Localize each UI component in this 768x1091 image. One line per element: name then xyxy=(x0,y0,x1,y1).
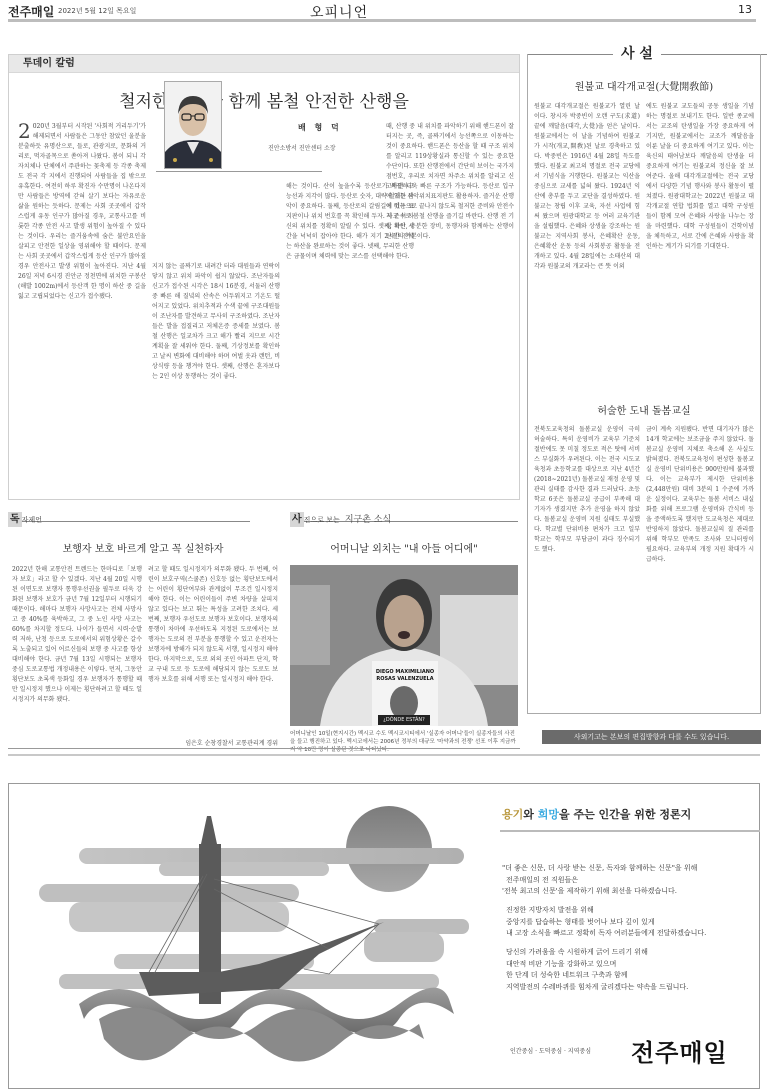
newspaper-brand: 전주매일 xyxy=(8,3,54,20)
divider xyxy=(500,830,760,832)
news-photo: DIEGO MAXIMILIANO ROSAS VALENZUELA ¿DÓND… xyxy=(290,565,518,726)
world-news-section-tag: 사진으로 보는 지구촌 소식 xyxy=(290,507,518,522)
world-news-title: 어머니날 외치는 "내 아들 어디에" xyxy=(290,540,518,555)
drop-cap: 2 xyxy=(18,122,31,140)
today-column-text-1: 2 020년 3월부터 시작된 '사회적 거리두기'가 해제되면서 사람들은 그… xyxy=(18,122,146,494)
photo-caption: 어머니날인 10일(현지시간) 멕시코 수도 멕시코시티에서 '실종자 어머니'… xyxy=(290,730,518,754)
disclaimer-banner: 사외기고는 본보의 편집방향과 다를 수도 있습니다. xyxy=(542,730,761,744)
ad-paragraph-2: 진정한 지방자치 발전을 위해 중앙지를 답습하는 형태를 벗어나 보다 깊이 … xyxy=(502,905,706,940)
author-portrait xyxy=(164,81,222,169)
issue-date: 2022년 5월 12일 목요일 xyxy=(58,6,136,16)
editorial-1-text-1: 원불교 대각개교절은 원불교가 열린 날이다. 창시자 박중빈이 오랜 구도(求… xyxy=(534,102,640,337)
editorial-2-text-2: 금이 계속 지원됐다. 반면 대기자가 많은 14개 학교에는 보조금을 주지 … xyxy=(646,425,754,710)
divider xyxy=(8,748,520,749)
page-header: 전주매일 2022년 5월 12일 목요일 오피니언 13 xyxy=(8,0,756,22)
reader-author: 임은호 순창경찰서 교통관리계 경위 xyxy=(150,738,278,747)
reader-text-2: 려고 할 때도 일시정지가 의무화 됐다. 두 번째, 어린이 보호구역(스쿨존… xyxy=(148,565,278,737)
author-role: 진안소방서 진안센터 소장 xyxy=(268,143,336,152)
portrait-illustration xyxy=(165,82,221,168)
protest-photo-illustration xyxy=(290,565,518,726)
editorial-title-1: 원불교 대각개교절(大覺開敎節) xyxy=(527,78,761,93)
ad-motto: 인간중심 · 도덕중심 · 지역중심 xyxy=(510,1046,591,1055)
protest-sign-text: DIEGO MAXIMILIANO ROSAS VALENZUELA xyxy=(372,669,438,683)
ship-illustration xyxy=(29,804,499,1064)
ad-paragraph-1: "더 좋은 신문, 더 사랑 받는 신문, 독자와 함께하는 신문"을 위해 전… xyxy=(502,863,697,898)
divider xyxy=(8,754,760,756)
editorial-1-text-2: 에도 원불교 교도들의 공동 생일을 기념하는 명절로 보내기도 한다. 일반 … xyxy=(646,102,754,337)
page-number: 13 xyxy=(738,3,752,16)
today-column-text-2: 지지 않는 골짜기로 내려간 터라 대원들과 연락이 닿지 않고 위치 파악이 … xyxy=(152,262,280,494)
ad-logo: 전주매일 xyxy=(631,1033,728,1068)
today-column-label: 투데이 칼럼 xyxy=(9,55,519,73)
divider xyxy=(156,171,322,172)
ad-paragraph-3: 당신의 가려움을 속 시원하게 긁어 드리기 위해 대안적 비판 기능을 강화하… xyxy=(502,947,688,993)
today-column-title: 철저한 준비와 함께 봄철 안전한 산행을 xyxy=(9,87,519,112)
today-column-text-4: 때, 산행 중 내 위치를 파악하기 위해 핸드폰이 잘 터지는 곳, 즉, 골… xyxy=(386,122,514,494)
reader-article-title: 보행자 보호 바르게 알고 꼭 실천하자 xyxy=(8,540,278,555)
ad-slogan: 용기와 희망을 주는 인간을 위한 정론지 xyxy=(502,806,691,822)
editorial-title-2: 허술한 도내 돌봄교실 xyxy=(527,402,761,417)
editorial-2-text-1: 전북도교육청의 돌봄교실 운영이 극히 허술하다. 특히 운영비가 교육부 기준… xyxy=(534,425,640,710)
section-title: 오피니언 xyxy=(310,2,368,22)
protest-sign-bottom: ¿DÓNDE ESTÁN? xyxy=(378,715,430,725)
author-name: 배 형 덕 xyxy=(298,122,342,133)
reader-section-tag: 독자제언 xyxy=(8,507,250,522)
reader-text-1: 2022년 한해 교통안전 트렌드는 한마디로「보행자 보호」라고 할 수 있겠… xyxy=(12,565,142,750)
